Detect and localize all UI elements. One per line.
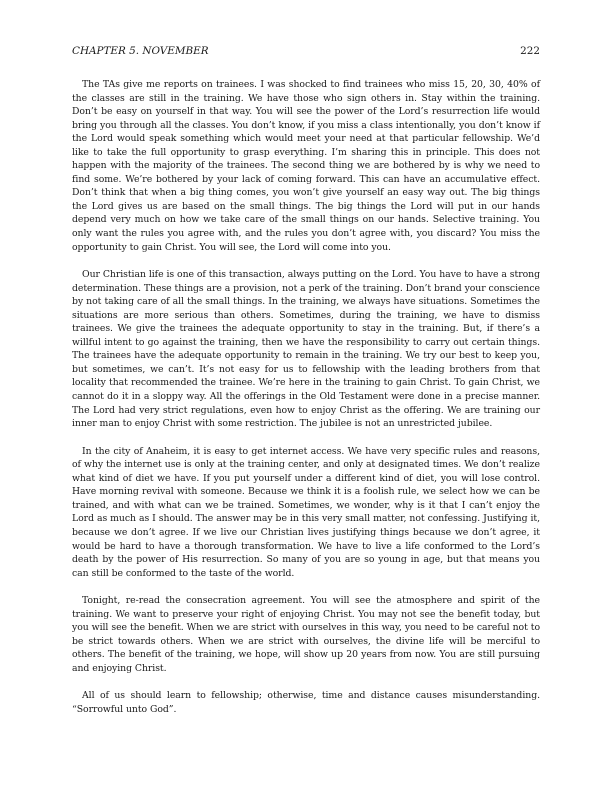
paragraph-2: Our Christian life is one of this transa… [72,268,540,431]
body-text: The TAs give me reports on trainees. I w… [72,78,540,731]
paragraph-5: All of us should learn to fellowship; ot… [72,689,540,716]
paragraph-1: The TAs give me reports on trainees. I w… [72,78,540,254]
paragraph-3: In the city of Anaheim, it is easy to ge… [72,445,540,580]
running-header: CHAPTER 5. NOVEMBER 222 [72,45,540,59]
paragraph-4: Tonight, re-read the consecration agreem… [72,594,540,675]
page-number: 222 [520,45,540,57]
chapter-title: CHAPTER 5. NOVEMBER [72,45,209,57]
